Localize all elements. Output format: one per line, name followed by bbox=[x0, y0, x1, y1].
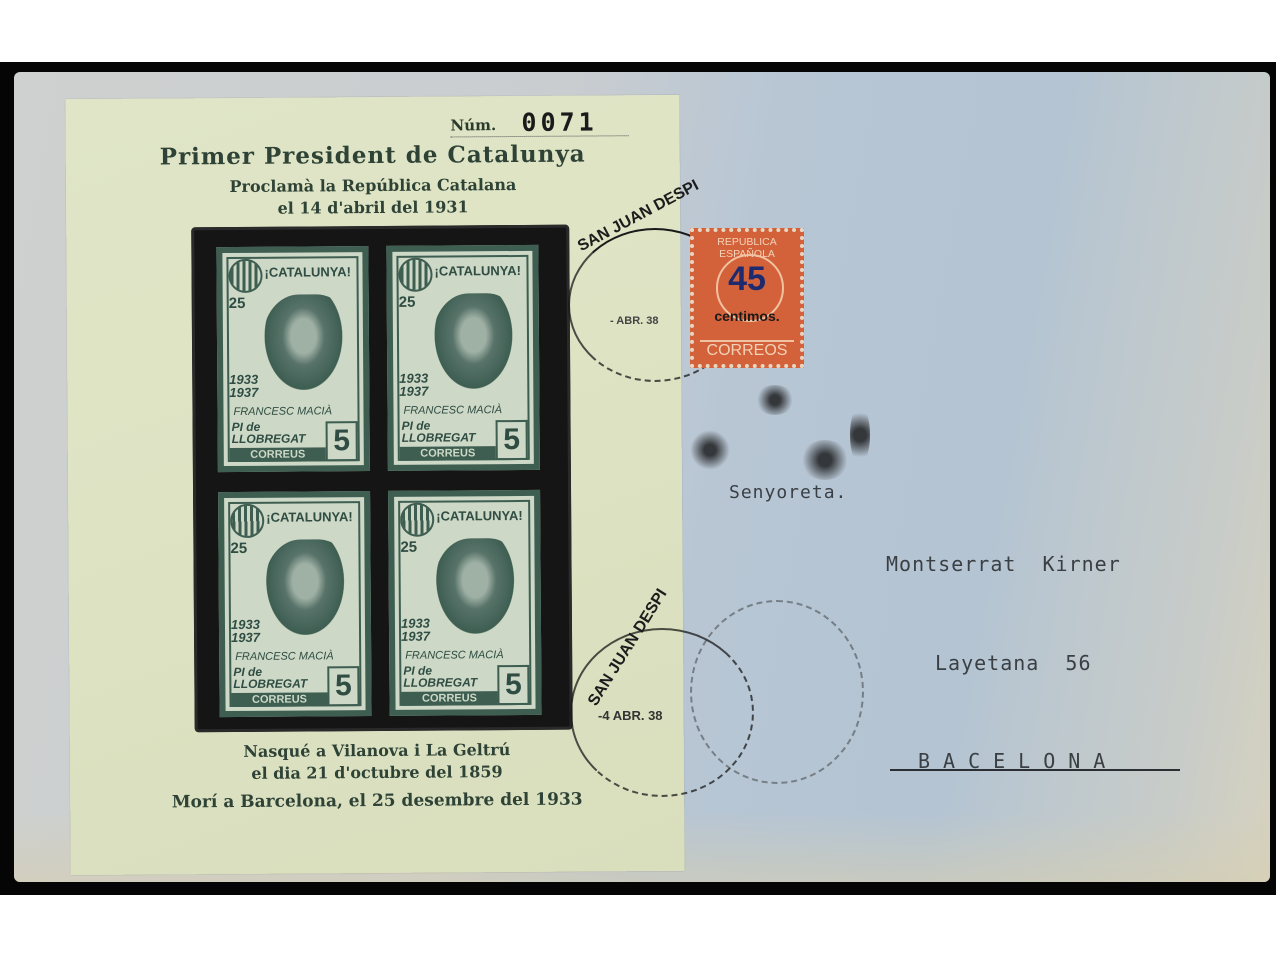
stamp-block: ¡CATALUNYA! 25 1933 1937 FRANCESC MACIÀ … bbox=[191, 225, 573, 733]
sheet-title: Primer President de Catalunya bbox=[66, 140, 680, 171]
stamp-town: PI de LLOBREGAT bbox=[233, 665, 307, 690]
stamp-header: ¡CATALUNYA! bbox=[264, 264, 351, 280]
stamp-years: 1933 1937 bbox=[231, 618, 260, 644]
stamp-footer: CORREUS bbox=[401, 691, 497, 706]
stamp-day: 25 bbox=[229, 295, 246, 312]
stamp-correos: CORREOS bbox=[700, 340, 794, 360]
stamp-name: FRANCESC MACIÀ bbox=[233, 405, 331, 418]
address-salutation: Senyoreta. bbox=[729, 482, 847, 503]
stamp-day: 25 bbox=[400, 539, 417, 556]
stamp-macia: ¡CATALUNYA! 25 1933 1937 FRANCESC MACIÀ … bbox=[388, 490, 542, 716]
coat-of-arms-icon bbox=[400, 503, 434, 537]
address-name: Montserrat Kirner bbox=[886, 552, 1121, 576]
stamp-macia: ¡CATALUNYA! 25 1933 1937 FRANCESC MACIÀ … bbox=[216, 246, 370, 472]
stamp-header: ¡CATALUNYA! bbox=[434, 263, 521, 279]
ink-smudge bbox=[755, 385, 795, 415]
ink-smudge bbox=[800, 440, 850, 480]
stamp-footer: CORREUS bbox=[231, 692, 327, 707]
coat-of-arms-icon bbox=[398, 258, 432, 292]
stamp-value: 5 bbox=[496, 420, 528, 460]
stamp-town: PI de LLOBREGAT bbox=[402, 419, 476, 444]
stamp-years: 1933 1937 bbox=[229, 373, 258, 399]
postmark-faint bbox=[690, 600, 864, 784]
overprint-value: 45 bbox=[694, 260, 800, 299]
stamp-name: FRANCESC MACIÀ bbox=[403, 404, 501, 417]
stamp-years: 1933 1937 bbox=[399, 372, 428, 398]
portrait-image bbox=[263, 294, 354, 405]
stamp-name: FRANCESC MACIÀ bbox=[235, 650, 333, 663]
stamp-value: 5 bbox=[326, 421, 358, 461]
stamp-macia: ¡CATALUNYA! 25 1933 1937 FRANCESC MACIÀ … bbox=[218, 491, 372, 717]
republica-stamp: REPUBLICA ESPAÑOLA 45 centimos. CORREOS bbox=[690, 228, 804, 368]
address-street: Layetana 56 bbox=[935, 651, 1092, 675]
number-label: Núm. bbox=[450, 116, 496, 134]
overprint-text: centimos. bbox=[694, 308, 800, 324]
stamp-day: 25 bbox=[399, 294, 416, 311]
city-underline bbox=[890, 769, 1180, 771]
coat-of-arms-icon bbox=[228, 259, 262, 293]
serial-number: 0071 bbox=[521, 107, 597, 137]
stamp-header: ¡CATALUNYA! bbox=[266, 509, 353, 525]
stamp-header: ¡CATALUNYA! bbox=[436, 508, 523, 524]
portrait-image bbox=[434, 538, 525, 649]
ink-smudge bbox=[690, 430, 730, 470]
ink-smudge bbox=[850, 405, 870, 465]
portrait-image bbox=[264, 539, 355, 650]
sheet-subtitle-2: el 14 d'abril del 1931 bbox=[66, 196, 680, 219]
stamp-town: PI de LLOBREGAT bbox=[232, 420, 306, 445]
stamp-value: 5 bbox=[497, 665, 529, 705]
portrait-image bbox=[433, 293, 524, 404]
stamp-day: 25 bbox=[230, 540, 247, 557]
sheet-subtitle-1: Proclamà la República Catalana bbox=[66, 174, 680, 197]
stamp-macia: ¡CATALUNYA! 25 1933 1937 FRANCESC MACIÀ … bbox=[386, 245, 540, 471]
sheet-footer-3: Morí a Barcelona, el 25 desembre del 193… bbox=[70, 789, 684, 813]
postmark-bottom-date: -4 ABR. 38 bbox=[598, 708, 663, 723]
stamp-name: FRANCESC MACIÀ bbox=[405, 649, 503, 662]
stamp-town: PI de LLOBREGAT bbox=[403, 664, 477, 689]
postmark-top-date: - ABR. 38 bbox=[610, 315, 659, 327]
stamp-value: 5 bbox=[327, 666, 359, 706]
stamp-years: 1933 1937 bbox=[401, 617, 430, 643]
stamp-footer: CORREUS bbox=[230, 447, 326, 462]
stamp-footer: CORREUS bbox=[400, 446, 496, 461]
coat-of-arms-icon bbox=[230, 504, 264, 538]
